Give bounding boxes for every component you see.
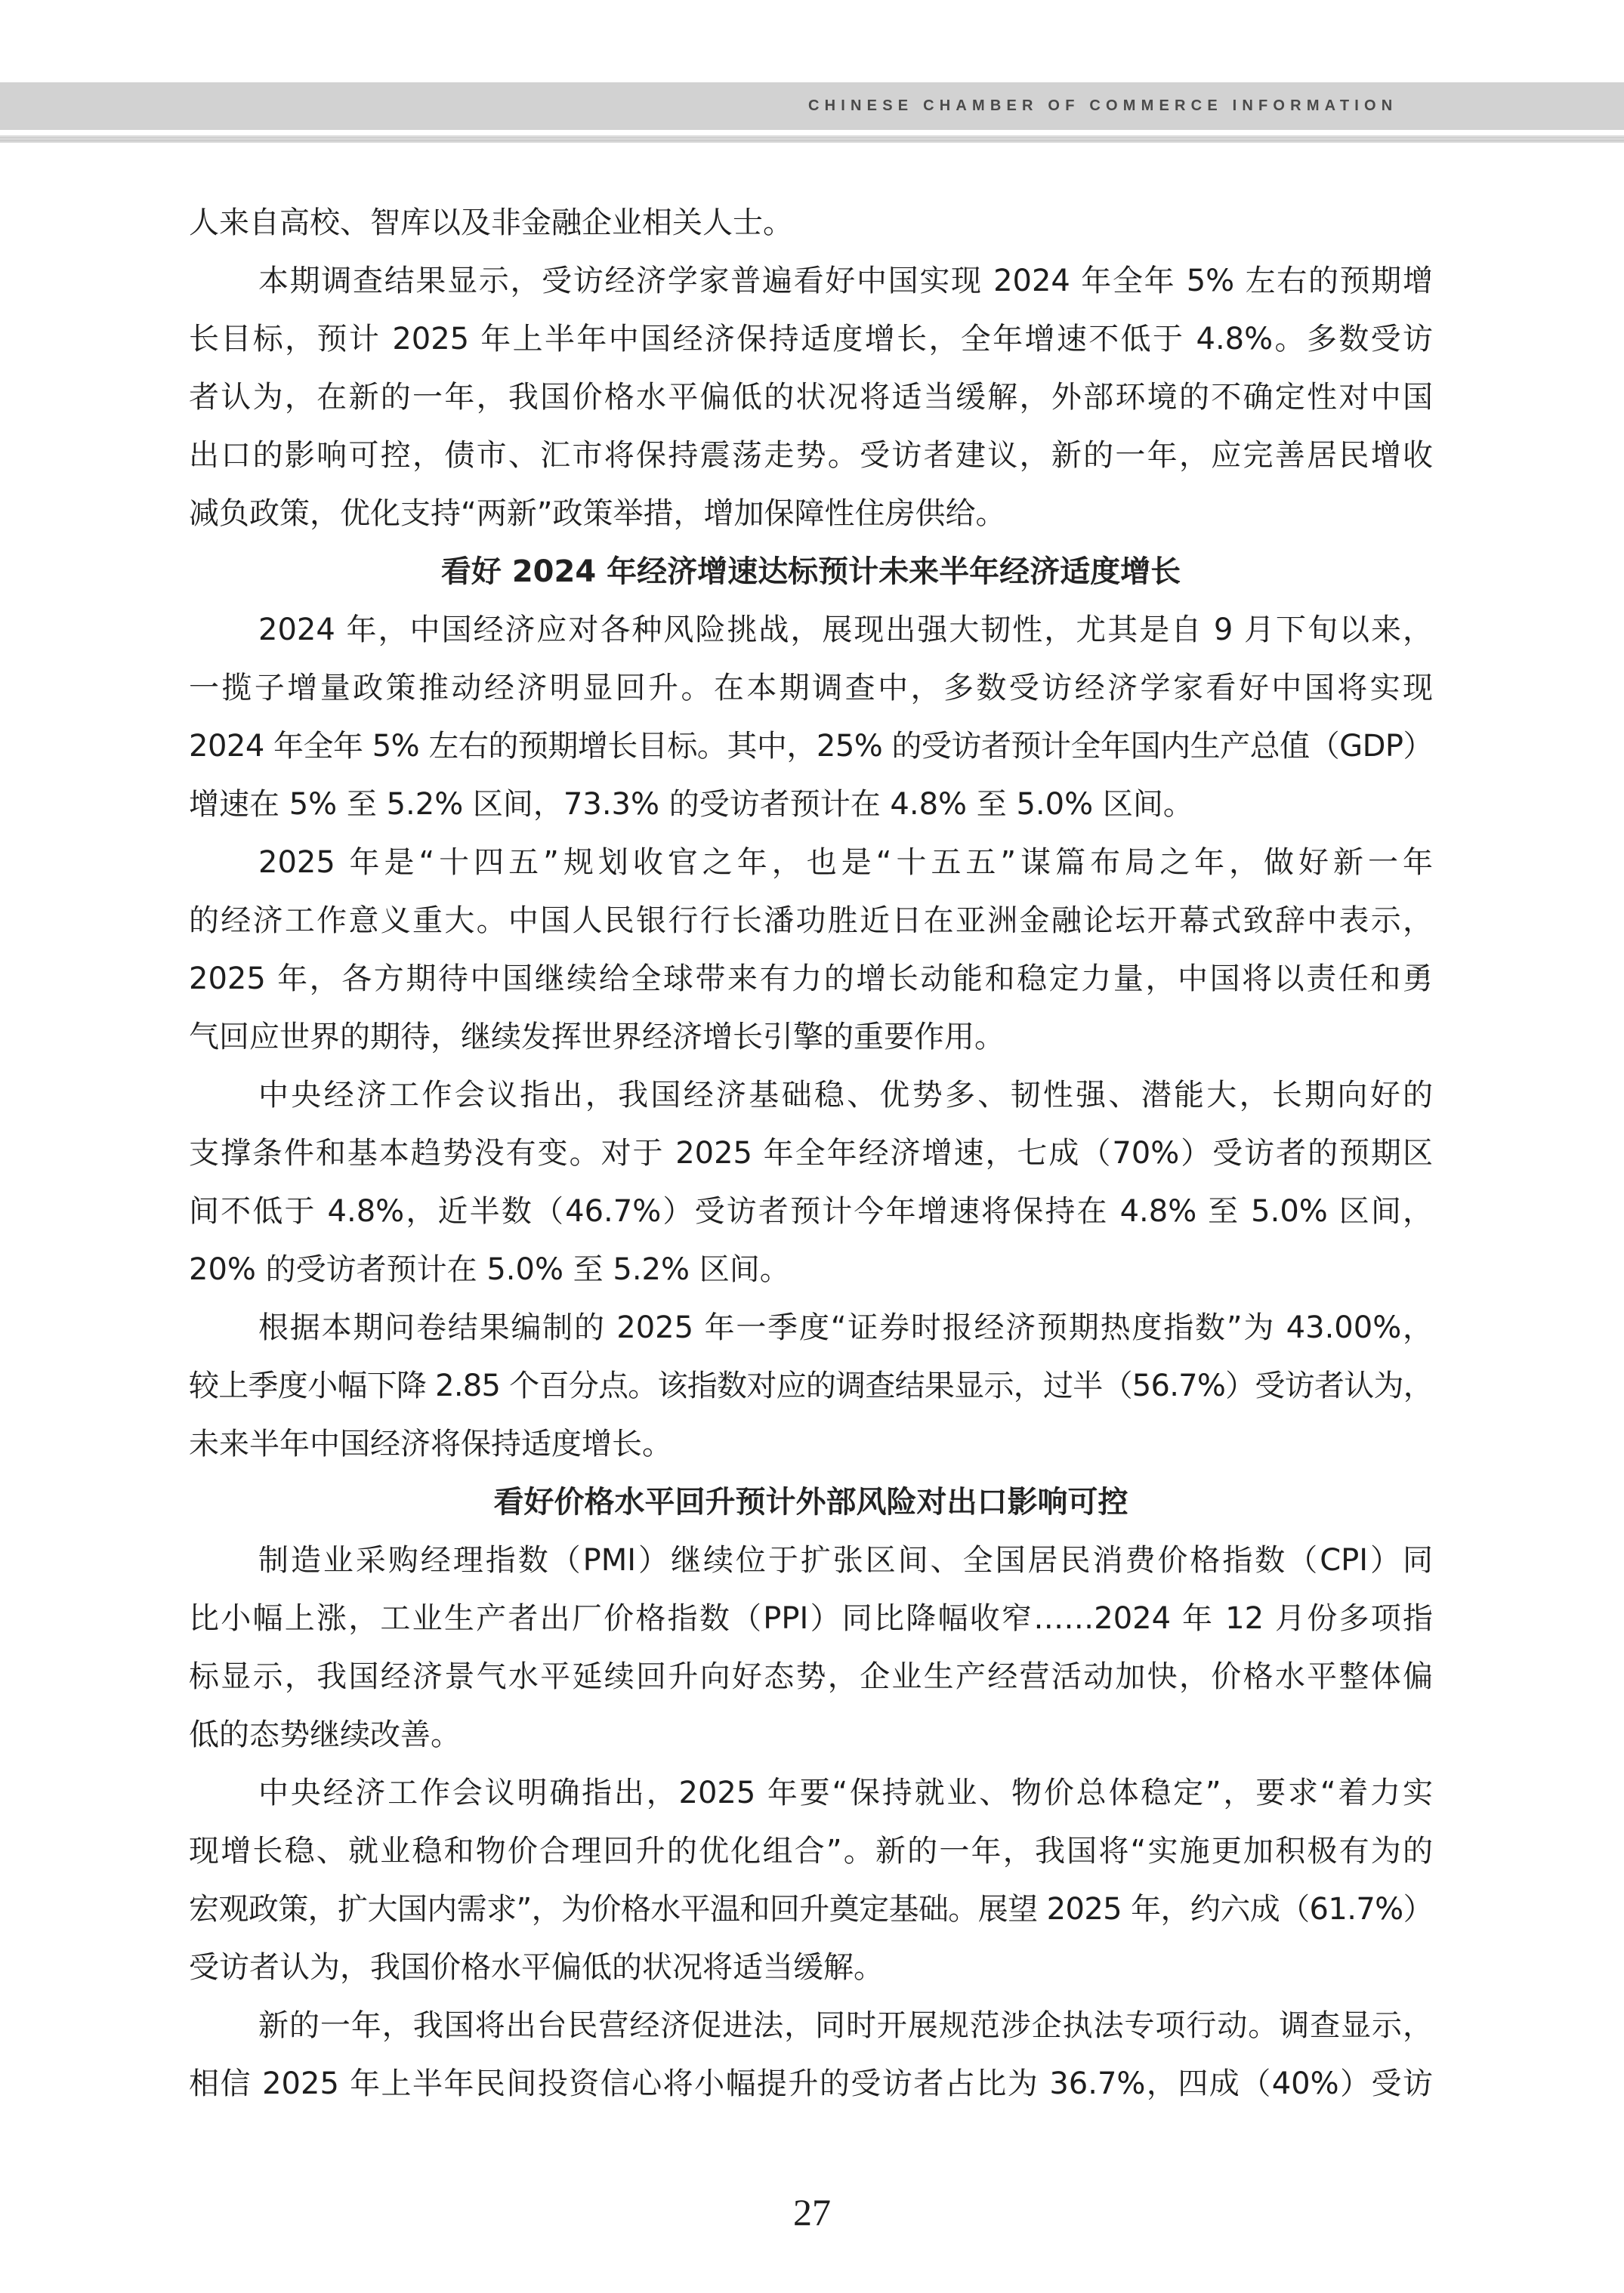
paragraph-line: 20% 的受访者预计在 5.0% 至 5.2% 区间。 [189,1255,1433,1313]
paragraph-line: 的经济工作意义重大。中国人民银行行长潘功胜近日在亚洲金融论坛开幕式致辞中表示， [189,906,1433,964]
section-heading: 看好 2024 年经济增速达标预计未来半年经济适度增长 [189,557,1433,615]
paragraph-line: 一揽子增量政策推动经济明显回升。在本期调查中，多数受访经济学家看好中国将实现 [189,673,1433,731]
paragraph-first-line: 本期调查结果显示，受访经济学家普遍看好中国实现 2024 年全年 5% 左右的预… [189,266,1433,324]
running-header-title: CHINESE CHAMBER OF COMMERCE INFORMATION [808,97,1397,115]
paragraph-first-line: 制造业采购经理指数（PMI）继续位于扩张区间、全国居民消费价格指数（CPI）同 [189,1545,1433,1603]
paragraph-first-line: 2025 年是“十四五”规划收官之年，也是“十五五”谋篇布局之年，做好新一年 [189,847,1433,906]
paragraph-line: 低的态势继续改善。 [189,1720,1433,1778]
section-heading: 看好价格水平回升预计外部风险对出口影响可控 [189,1487,1433,1545]
paragraph-line: 相信 2025 年上半年民间投资信心将小幅提升的受访者占比为 36.7%，四成（… [189,2069,1433,2127]
paragraph-line: 减负政策，优化支持“两新”政策举措，增加保障性住房供给。 [189,498,1433,557]
paragraph-first-line: 新的一年，我国将出台民营经济促进法，同时开展规范涉企执法专项行动。调查显示， [189,2011,1433,2069]
paragraph-first-line: 根据本期问卷结果编制的 2025 年一季度“证券时报经济预期热度指数”为 43.… [189,1313,1433,1371]
paragraph-line: 比小幅上涨，工业生产者出厂价格指数（PPI）同比降幅收窄……2024 年 12 … [189,1603,1433,1662]
paragraph-line: 长目标，预计 2025 年上半年中国经济保持适度增长，全年增速不低于 4.8%。… [189,324,1433,382]
paragraph-line: 间不低于 4.8%，近半数（46.7%）受访者预计今年增速将保持在 4.8% 至… [189,1196,1433,1255]
paragraph-line: 出口的影响可控，债市、汇市将保持震荡走势。受访者建议，新的一年，应完善居民增收 [189,440,1433,498]
paragraph-line: 宏观政策，扩大国内需求”，为价格水平温和回升奠定基础。展望 2025 年，约六成… [189,1894,1433,1952]
paragraph-line: 增速在 5% 至 5.2% 区间，73.3% 的受访者预计在 4.8% 至 5.… [189,789,1433,847]
paragraph-line: 受访者认为，我国价格水平偏低的状况将适当缓解。 [189,1952,1433,2011]
paragraph-line: 现增长稳、就业稳和物价合理回升的优化组合”。新的一年，我国将“实施更加积极有为的 [189,1836,1433,1894]
paragraph-first-line: 2024 年，中国经济应对各种风险挑战，展现出强大韧性，尤其是自 9 月下旬以来… [189,615,1433,673]
paragraph-first-line: 中央经济工作会议指出，我国经济基础稳、优势多、韧性强、潜能大，长期向好的 [189,1080,1433,1138]
article-body: 人来自高校、智库以及非金融企业相关人士。本期调查结果显示，受访经济学家普遍看好中… [189,208,1433,2127]
paragraph-line: 2024 年全年 5% 左右的预期增长目标。其中，25% 的受访者预计全年国内生… [189,731,1433,789]
page-number: 27 [0,2190,1624,2234]
paragraph-line: 支撑条件和基本趋势没有变。对于 2025 年全年经济增速，七成（70%）受访者的… [189,1138,1433,1196]
paragraph-line: 者认为，在新的一年，我国价格水平偏低的状况将适当缓解，外部环境的不确定性对中国 [189,382,1433,440]
paragraph-line: 未来半年中国经济将保持适度增长。 [189,1429,1433,1487]
paragraph-first-line: 中央经济工作会议明确指出，2025 年要“保持就业、物价总体稳定”，要求“着力实 [189,1778,1433,1836]
paragraph-line: 人来自高校、智库以及非金融企业相关人士。 [189,208,1433,266]
paragraph-line: 标显示，我国经济景气水平延续回升向好态势，企业生产经营活动加快，价格水平整体偏 [189,1662,1433,1720]
paragraph-line: 2025 年，各方期待中国继续给全球带来有力的增长动能和稳定力量，中国将以责任和… [189,964,1433,1022]
header-divider [0,135,1624,143]
paragraph-line: 气回应世界的期待，继续发挥世界经济增长引擎的重要作用。 [189,1022,1433,1080]
paragraph-line: 较上季度小幅下降 2.85 个百分点。该指数对应的调查结果显示，过半（56.7%… [189,1371,1433,1429]
